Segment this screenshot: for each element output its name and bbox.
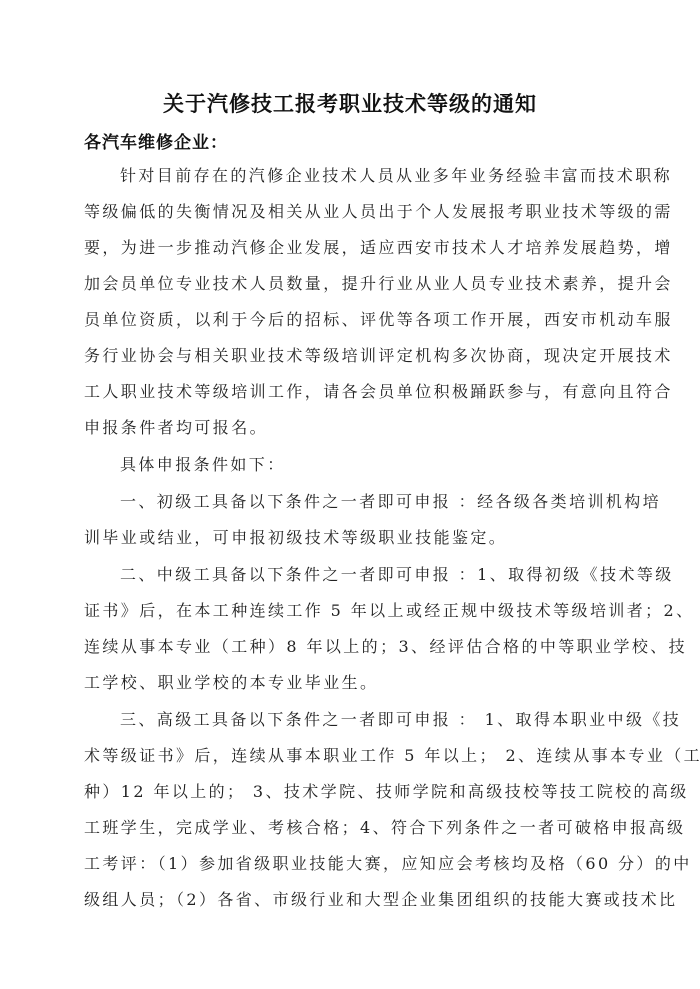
condition-senior: 三、高级工具备以下条件之一者即可申报 ： 1、取得本职业中级《技	[120, 710, 680, 730]
section-intro: 具体申报条件如下：	[120, 455, 680, 475]
body-line: 申报条件者均可报名。	[84, 418, 644, 438]
condition-intermediate: 二、中级工具备以下条件之一者即可申报 ：1、取得初级《技术等级	[120, 565, 680, 585]
body-line: 加会员单位专业技术人员数量，提升行业从业人员专业技术素养，提升会	[84, 274, 644, 294]
body-line: 种）12 年以上的； 3、技术学院、技师学院和高级技校等技工院校的高级	[84, 782, 644, 802]
body-line: 工人职业技术等级培训工作，请各会员单位积极踊跃参与，有意向且符合	[84, 382, 644, 402]
document-title: 关于汽修技工报考职业技术等级的通知	[0, 88, 700, 118]
body-line: 针对目前存在的汽修企业技术人员从业多年业务经验丰富而技术职称	[120, 166, 680, 186]
condition-junior: 一、初级工具备以下条件之一者即可申报 ：经各级各类培训机构培	[120, 492, 680, 512]
salutation: 各汽车维修企业：	[84, 128, 228, 153]
body-line: 训毕业或结业，可申报初级技术等级职业技能鉴定。	[84, 528, 644, 548]
body-line: 务行业协会与相关职业技术等级培训评定机构多次协商，现决定开展技术	[84, 346, 644, 366]
body-line: 工班学生，完成学业、考核合格；4、符合下列条件之一者可破格申报高级	[84, 818, 644, 838]
body-line: 术等级证书》后，连续从事本职业工作 5 年以上； 2、连续从事本专业（工	[84, 746, 644, 766]
body-line: 级组人员；（2）各省、市级行业和大型企业集团组织的技能大赛或技术比	[84, 890, 644, 910]
body-line: 要，为进一步推动汽修企业发展，适应西安市技术人才培养发展趋势，增	[84, 238, 644, 258]
document-page: 关于汽修技工报考职业技术等级的通知 各汽车维修企业： 针对目前存在的汽修企业技术…	[0, 0, 700, 989]
body-line: 员单位资质，以利于今后的招标、评优等各项工作开展，西安市机动车服	[84, 310, 644, 330]
body-line: 等级偏低的失衡情况及相关从业人员出于个人发展报考职业技术等级的需	[84, 202, 644, 222]
body-line: 工考评：（1）参加省级职业技能大赛，应知应会考核均及格（60 分）的中	[84, 854, 644, 874]
body-line: 证书》后，在本工种连续工作 5 年以上或经正规中级技术等级培训者；2、	[84, 601, 644, 621]
body-line: 连续从事本专业（工种）8 年以上的；3、经评估合格的中等职业学校、技	[84, 637, 644, 657]
body-line: 工学校、职业学校的本专业毕业生。	[84, 673, 644, 693]
